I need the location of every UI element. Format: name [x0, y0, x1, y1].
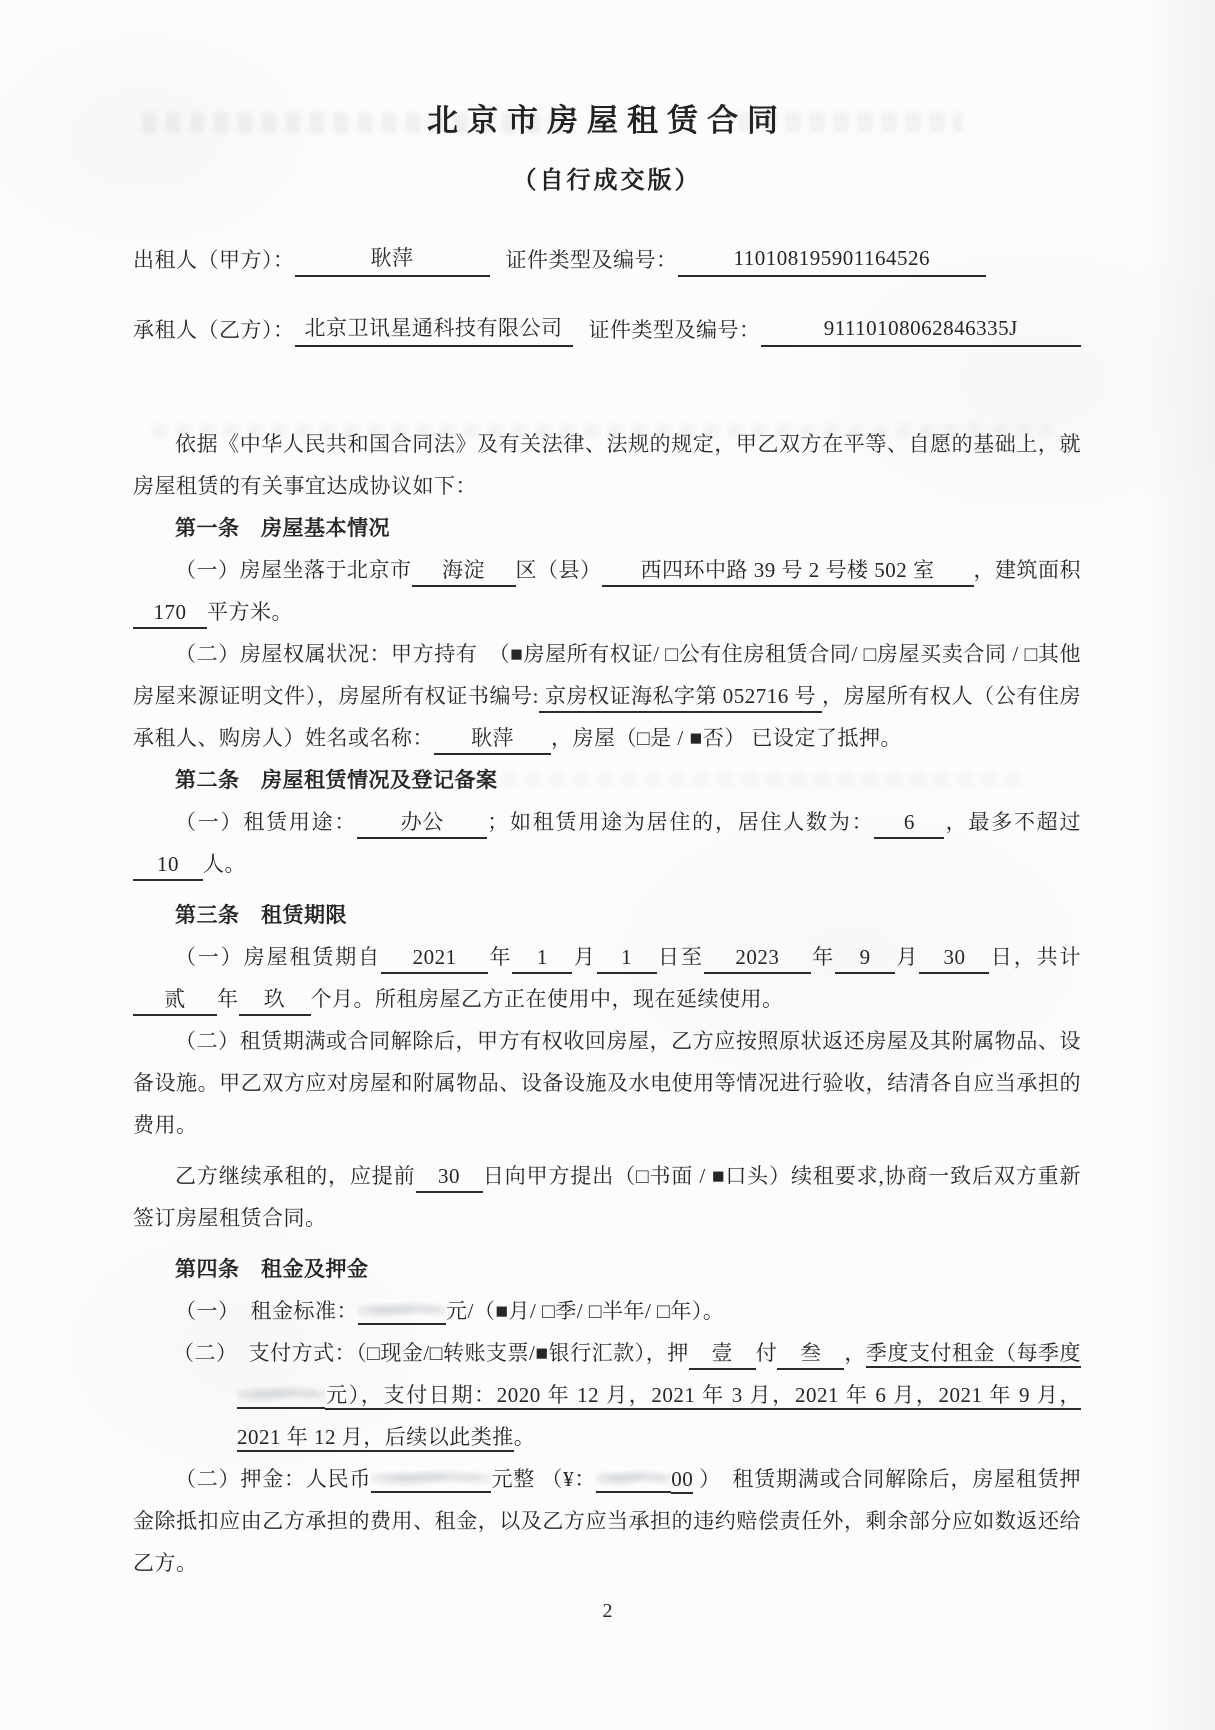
text-run: 月: [895, 945, 919, 969]
filled-in-value: 叁: [777, 1338, 844, 1370]
page-number: 2: [0, 1600, 1215, 1623]
text-run: ，建筑面积: [974, 558, 1082, 582]
text-run: 年: [488, 945, 512, 969]
text-run: 依据《中华人民共和国合同法》及有关法律、法规的规定，甲乙双方在平等、自愿的基础上…: [133, 432, 1081, 498]
filled-in-value: 1: [597, 942, 657, 974]
filled-in-value: 9: [835, 942, 895, 974]
text-run: 个月。所租房屋乙方正在使用中，现在延续使用。: [311, 987, 784, 1011]
text-run: 乙方继续承租的，应提前: [175, 1164, 416, 1188]
paragraph: （一）房屋坐落于北京市海淀区（县）西四环中路 39 号 2 号楼 502 室，建…: [133, 549, 1081, 633]
paragraph: 依据《中华人民共和国合同法》及有关法律、法规的规定，甲乙双方在平等、自愿的基础上…: [133, 423, 1081, 507]
contract-body: 依据《中华人民共和国合同法》及有关法律、法规的规定，甲乙双方在平等、自愿的基础上…: [133, 423, 1081, 1584]
text-run: （二）押金：人民币: [175, 1467, 371, 1491]
text-run: ，最多不超过: [944, 810, 1081, 834]
paragraph: （二） 支付方式：（□现金/□转账支票/■银行汇款），押壹付叁，季度支付租金（每…: [133, 1332, 1081, 1458]
lessor-row: 出租人（甲方）： 耿萍 证件类型及编号： 110108195901164526: [133, 241, 1081, 277]
text-run: 年: [811, 945, 835, 969]
text-run: 元/（■月/ □季/ □半年/ □年）。: [446, 1299, 724, 1323]
filled-in-value: 30: [919, 942, 989, 974]
document-subtitle: （自行成交版）: [133, 161, 1081, 201]
erased-value: [237, 1379, 325, 1409]
lessee-id-value: 91110108062846335J: [761, 311, 1082, 347]
contract-content: 北京市房屋租赁合同 （自行成交版） 出租人（甲方）： 耿萍 证件类型及编号： 1…: [133, 99, 1081, 1584]
lessor-id-label: 证件类型及编号：: [506, 243, 678, 277]
filled-in-value: 2023: [704, 942, 811, 974]
lessor-label: 出租人（甲方）：: [133, 243, 295, 277]
text-run: （一） 租金标准：: [175, 1299, 358, 1323]
filled-in-text: 季度支付租金（每季度: [866, 1341, 1081, 1368]
filled-in-value: 贰: [133, 984, 217, 1016]
text-run: （一）房屋租赁期自: [175, 945, 381, 969]
document-title: 北京市房屋租赁合同: [133, 99, 1081, 143]
text-run: 人。: [203, 852, 246, 876]
paragraph: （二）押金：人民币元整 （¥：00 ） 租赁期满或合同解除后，房屋租赁押金除抵扣…: [133, 1458, 1081, 1584]
erased-value: [371, 1463, 491, 1493]
paragraph: （一）房屋租赁期自2021年1月1日至2023年9月30日，共计贰年玖个月。所租…: [133, 936, 1081, 1020]
text-run: ，: [844, 1341, 866, 1365]
lessee-id-label: 证件类型及编号：: [589, 313, 761, 347]
article-heading: 第四条 租金及押金: [175, 1248, 1081, 1290]
filled-in-value: 30: [416, 1161, 483, 1193]
text-run: （二） 支付方式：（□现金/□转账支票/■银行汇款），押: [173, 1341, 689, 1365]
filled-in-value: 玖: [239, 984, 311, 1016]
paragraph: 乙方继续承租的，应提前30日向甲方提出（□书面 / ■口头）续租要求,协商一致后…: [133, 1155, 1081, 1239]
filled-in-value: 京房权证海私字第 052716 号: [539, 681, 822, 713]
filled-in-value: 壹: [689, 1338, 756, 1370]
filled-in-value: 170: [133, 597, 207, 629]
filled-in-value: 耿萍: [434, 723, 551, 755]
filled-in-value: 办公: [357, 807, 487, 839]
erased-value: [358, 1295, 446, 1325]
scanned-contract-page: 北京市房屋租赁合同 （自行成交版） 出租人（甲方）： 耿萍 证件类型及编号： 1…: [0, 0, 1215, 1730]
text-run: 付: [756, 1341, 778, 1365]
paragraph: （一）租赁用途：办公；如租赁用途为居住的，居住人数为：6，最多不超过10人。: [133, 801, 1081, 885]
article-heading: 第一条 房屋基本情况: [175, 507, 1081, 549]
text-run: 区（县）: [516, 558, 602, 582]
erased-value: [596, 1463, 671, 1493]
lessor-name-value: 耿萍: [295, 241, 490, 277]
text-run: 日至: [657, 945, 704, 969]
text-run: （一）房屋坐落于北京市: [175, 558, 412, 582]
lessor-id-value: 110108195901164526: [678, 241, 987, 277]
paragraph: （二）租赁期满或合同解除后，甲方有权收回房屋，乙方应按照原状返还房屋及其附属物品…: [133, 1020, 1081, 1146]
filled-in-value: 西四环中路 39 号 2 号楼 502 室: [602, 555, 974, 587]
text-run: 月: [572, 945, 596, 969]
filled-in-value: 1: [512, 942, 572, 974]
article-heading: 第三条 租赁期限: [175, 894, 1081, 936]
text-run: ；如租赁用途为居住的，居住人数为：: [487, 810, 874, 834]
lessee-name-value: 北京卫讯星通科技有限公司: [295, 311, 573, 347]
filled-in-value: 6: [874, 807, 944, 839]
paragraph: （一） 租金标准：元/（■月/ □季/ □半年/ □年）。: [133, 1290, 1081, 1332]
text-run: 元整 （¥：: [491, 1467, 596, 1491]
text-run: ，房屋（□是 / ■否） 已设定了抵押。: [551, 726, 902, 750]
lessee-label: 承租人（乙方）：: [133, 313, 295, 347]
filled-in-value: 10: [133, 849, 203, 881]
text-run: 平方米。: [207, 600, 293, 624]
article-heading: 第二条 房屋租赁情况及登记备案: [175, 759, 1081, 801]
filled-in-value: 海淀: [412, 555, 516, 587]
text-run: （一）租赁用途：: [175, 810, 357, 834]
text-run: 年: [217, 987, 239, 1011]
paragraph: （二）房屋权属状况：甲方持有 （■房屋所有权证/ □公有住房租赁合同/ □房屋买…: [133, 633, 1081, 759]
lessee-row: 承租人（乙方）： 北京卫讯星通科技有限公司 证件类型及编号： 911101080…: [133, 311, 1081, 347]
filled-in-text: 元），支付日期：2020 年 12 月，2021 年 3 月，2021 年 6 …: [237, 1383, 1081, 1452]
filled-in-value: 2021: [381, 942, 488, 974]
text-run: 日，共计: [989, 945, 1081, 969]
filled-in-text: 00: [671, 1467, 693, 1494]
text-run: （二）租赁期满或合同解除后，甲方有权收回房屋，乙方应按照原状返还房屋及其附属物品…: [133, 1029, 1081, 1137]
text-run: 。: [514, 1425, 536, 1449]
